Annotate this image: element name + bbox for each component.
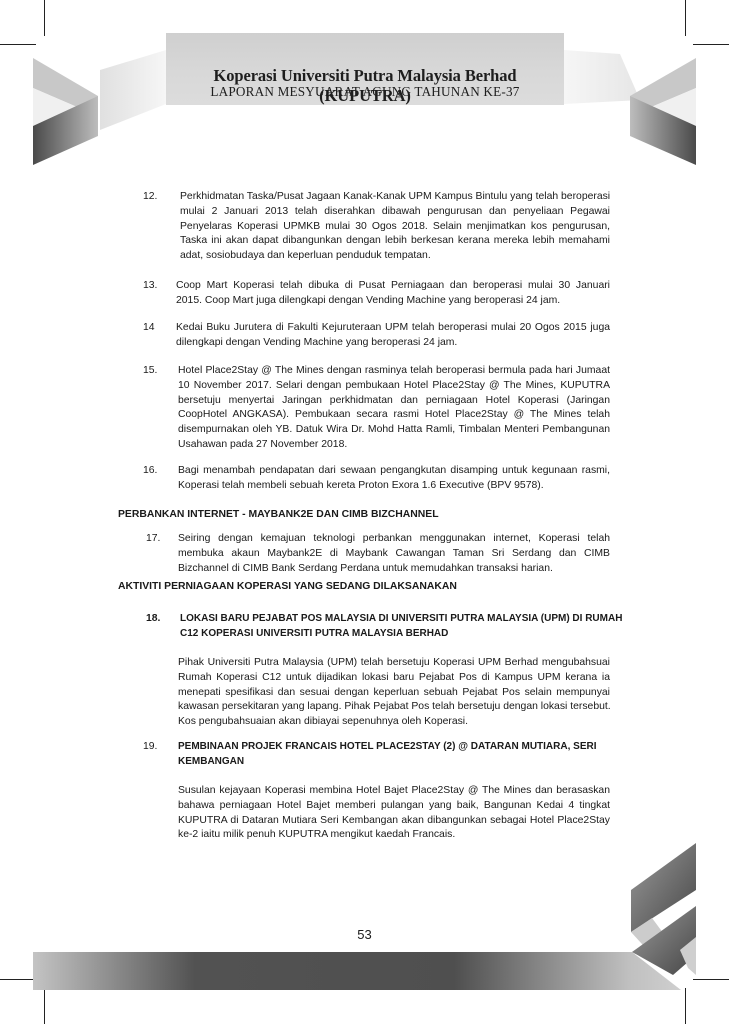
- text-line: adat, sosiobudaya dan keperluan penduduk…: [180, 249, 610, 264]
- text-line: Pihak Universiti Putra Malaysia (UPM) te…: [178, 656, 610, 671]
- page-number: 53: [0, 927, 729, 942]
- text-line: Susulan kejayaan Koperasi membina Hotel …: [178, 784, 610, 799]
- item-text: Susulan kejayaan Koperasi membina Hotel …: [178, 784, 610, 843]
- item-text: Hotel Place2Stay @ The Mines dengan rasm…: [178, 364, 610, 453]
- text-line: disempurnakan oleh YB. Datuk Wira Dr. Mo…: [178, 423, 610, 438]
- text-line: dilengkapi dengan Vending Machine yang b…: [176, 336, 610, 351]
- text-line: Bizchannel di CIMB Bank Serdang Perdana …: [178, 562, 610, 577]
- title-line: LOKASI BARU PEJABAT POS MALAYSIA DI UNIV…: [180, 612, 610, 627]
- item-number: 17.: [146, 532, 160, 547]
- section-heading-internet-banking: PERBANKAN INTERNET - MAYBANK2E DAN CIMB …: [118, 508, 439, 523]
- item-text: Kedai Buku Jurutera di Fakulti Kejuruter…: [176, 321, 610, 351]
- text-line: bahawa perniagaan Hotel Bajet memberi pu…: [178, 799, 610, 814]
- text-line: mulai 2 Januari 2013 telah diserahkan di…: [180, 205, 610, 220]
- text-line: Hotel Place2Stay @ The Mines dengan rasm…: [178, 364, 610, 379]
- item-text: Pihak Universiti Putra Malaysia (UPM) te…: [178, 656, 610, 730]
- text-line: Penyelaras Koperasi UPMKB mulai 30 Ogos …: [180, 220, 610, 235]
- item-number: 19.: [143, 740, 157, 755]
- text-line: 2015. Coop Mart juga dilengkapi dengan V…: [176, 294, 610, 309]
- text-line: Kos pengubahsuaian akan dibiayai sepenuh…: [178, 715, 610, 730]
- item-text: Perkhidmatan Taska/Pusat Jagaan Kanak-Ka…: [180, 190, 610, 264]
- item-number: 13.: [143, 279, 157, 294]
- title-line: C12 KOPERASI UNIVERSITI PUTRA MALAYSIA B…: [180, 627, 610, 642]
- text-line: Perkhidmatan Taska/Pusat Jagaan Kanak-Ka…: [180, 190, 610, 205]
- item-number: 18.: [146, 612, 160, 627]
- text-line: Usahawan pada 27 November 2018.: [178, 438, 610, 453]
- item-title: LOKASI BARU PEJABAT POS MALAYSIA DI UNIV…: [180, 612, 610, 642]
- text-line: Koperasi telah membeli sebuah kereta Pro…: [178, 479, 610, 494]
- text-line: kawasan persekitaran yang lapang. Pihak …: [178, 700, 610, 715]
- text-line: CoopHotel ANGKASA). Pembukaan secara ras…: [178, 408, 610, 423]
- item-number: 14: [143, 321, 155, 336]
- title-line: KEMBANGAN: [178, 755, 610, 770]
- text-line: Coop Mart Koperasi telah dibuka di Pusat…: [176, 279, 610, 294]
- item-number: 12.: [143, 190, 157, 205]
- text-line: 10 November 2017. Selari dengan pembukaa…: [178, 379, 610, 394]
- text-line: bersetuju menyertai Jaringan perkhidmata…: [178, 394, 610, 409]
- item-number: 16.: [143, 464, 157, 479]
- item-text: Coop Mart Koperasi telah dibuka di Pusat…: [176, 279, 610, 309]
- title-line: PEMBINAAN PROJEK FRANCAIS HOTEL PLACE2ST…: [178, 740, 610, 755]
- text-line: KUPUTRA di Dataran Mutiara Seri Kembanga…: [178, 814, 610, 829]
- text-line: ke-2 iaitu milik penuh KUPUTRA mengikut …: [178, 828, 610, 843]
- text-line: membuka akaun Maybank2E di Maybank Cawan…: [178, 547, 610, 562]
- text-line: Kedai Buku Jurutera di Fakulti Kejuruter…: [176, 321, 610, 336]
- text-line: Taska ini akan dapat dibangunkan dengan …: [180, 234, 610, 249]
- document-subtitle: LAPORAN MESYUARAT AGUNG TAHUNAN KE-37: [166, 84, 564, 100]
- item-text: Seiring dengan kemajuan teknologi perban…: [178, 532, 610, 576]
- item-text: Bagi menambah pendapatan dari sewaan pen…: [178, 464, 610, 494]
- text-line: menepati spesifikasi dan sesuai dengan k…: [178, 686, 610, 701]
- text-line: Rumah Koperasi C12 untuk dijadikan lokas…: [178, 671, 610, 686]
- item-number: 15.: [143, 364, 157, 379]
- item-title: PEMBINAAN PROJEK FRANCAIS HOTEL PLACE2ST…: [178, 740, 610, 770]
- text-line: Bagi menambah pendapatan dari sewaan pen…: [178, 464, 610, 479]
- section-heading-business-activities: AKTIVITI PERNIAGAAN KOPERASI YANG SEDANG…: [118, 580, 457, 595]
- text-line: Seiring dengan kemajuan teknologi perban…: [178, 532, 610, 547]
